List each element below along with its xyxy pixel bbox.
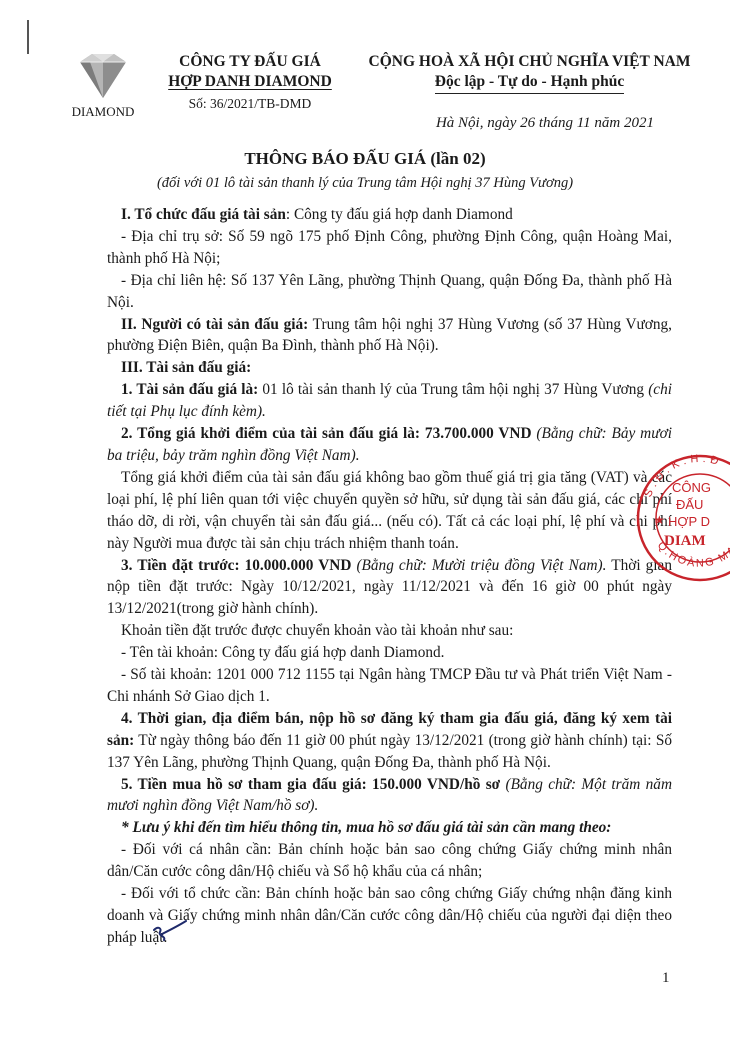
svg-text:CÔNG: CÔNG [672, 480, 711, 495]
item-1: 1. Tài sản đấu giá là: 01 lô tài sản tha… [107, 379, 672, 423]
svg-text:DIAM: DIAM [664, 533, 706, 549]
note-heading: * Lưu ý khi đến tìm hiểu thông tin, mua … [107, 817, 672, 839]
nation-motto: Độc lập - Tự do - Hạnh phúc [435, 72, 624, 94]
page-number: 1 [662, 970, 670, 987]
note-individual: - Đối với cá nhân cần: Bản chính hoặc bả… [107, 839, 672, 883]
document-date: Hà Nội, ngày 26 tháng 11 năm 2021 [380, 115, 710, 132]
nation-line1: CỘNG HOÀ XÃ HỘI CHỦ NGHĨA VIỆT NAM [342, 52, 717, 72]
item-2-detail: Tổng giá khởi điểm của tài sản đấu giá k… [107, 467, 672, 555]
item-3: 3. Tiền đặt trước: 10.000.000 VND (Bằng … [107, 555, 672, 621]
national-heading: CỘNG HOÀ XÃ HỘI CHỦ NGHĨA VIỆT NAM Độc l… [342, 52, 717, 94]
item-2: 2. Tổng giá khởi điểm của tài sản đấu gi… [107, 423, 672, 467]
account-name: - Tên tài khoản: Công ty đấu giá hợp dan… [107, 642, 672, 664]
item-4: 4. Thời gian, địa điểm bán, nộp hồ sơ đă… [107, 708, 672, 774]
company-line2: HỢP DANH DIAMOND [150, 72, 350, 92]
contact-address: - Địa chỉ liên hệ: Số 137 Yên Lãng, phườ… [107, 270, 672, 314]
margin-mark [27, 20, 29, 54]
page-title: THÔNG BÁO ĐẤU GIÁ (lần 02) [100, 149, 630, 169]
hq-address: - Địa chỉ trụ sở: Số 59 ngõ 175 phố Định… [107, 226, 672, 270]
company-logo: DIAMOND [70, 52, 136, 120]
section-2: II. Người có tài sản đấu giá: Trung tâm … [107, 314, 672, 358]
company-line1: CÔNG TY ĐẤU GIÁ [150, 52, 350, 72]
company-stamp: S.Đ.K.H.Đ Q.HOÀNG MAI ★ CÔNG ĐẤU HỢP D D… [636, 452, 730, 582]
item-5: 5. Tiền mua hồ sơ tham gia đấu giá: 150.… [107, 774, 672, 818]
initials-signature-icon [152, 920, 188, 949]
diamond-icon [72, 52, 134, 100]
account-number: - Số tài khoản: 1201 000 712 1155 tại Ng… [107, 664, 672, 708]
stamp-star-icon: ★ [654, 513, 665, 527]
logo-text: DIAMOND [70, 104, 136, 120]
page-subtitle: (đối với 01 lô tài sản thanh lý của Trun… [60, 175, 670, 192]
section-3-heading: III. Tài sản đấu giá: [107, 357, 672, 379]
svg-text:HỢP D: HỢP D [668, 514, 710, 529]
transfer-intro: Khoản tiền đặt trước được chuyển khoản v… [107, 620, 672, 642]
document-number: Số: 36/2021/TB-DMD [150, 96, 350, 112]
svg-text:ĐẤU: ĐẤU [676, 497, 703, 512]
document-body: I. Tổ chức đấu giá tài sản: Công ty đấu … [107, 204, 672, 949]
section-1: I. Tổ chức đấu giá tài sản: Công ty đấu … [107, 204, 672, 226]
company-name: CÔNG TY ĐẤU GIÁ HỢP DANH DIAMOND [150, 52, 350, 92]
note-organization: - Đối với tổ chức cần: Bản chính hoặc bả… [107, 883, 672, 949]
